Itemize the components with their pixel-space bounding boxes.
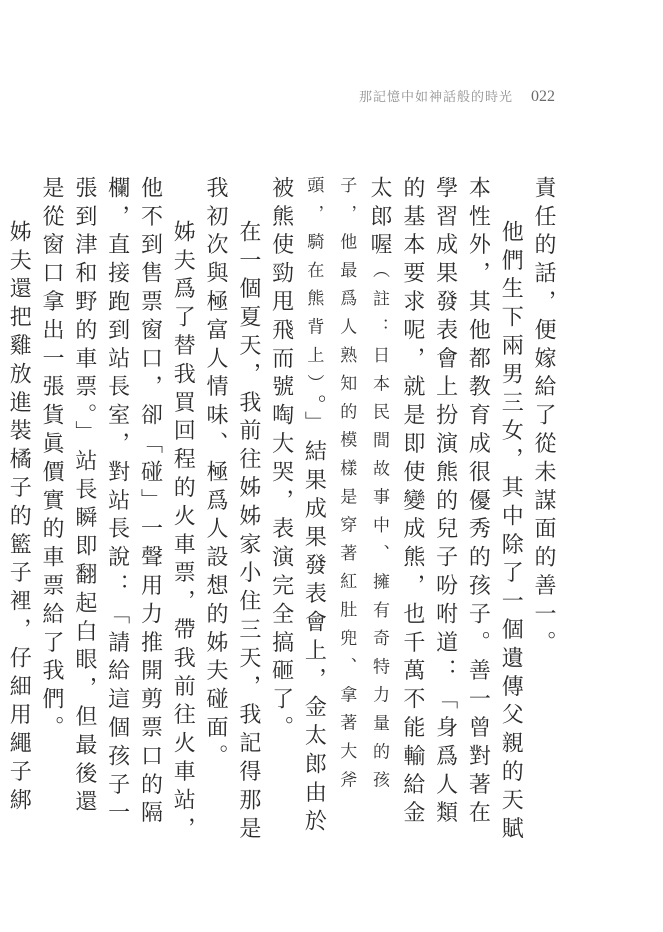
paragraph-text: 姊夫還把雞放進裝橘子的籃子裡，仔細用繩子綁牢，並對我說：「把這個當作土產帶回去吧… [0,176,31,829]
paragraph-5: 姊夫還把雞放進裝橘子的籃子裡，仔細用繩子綁牢，並對我說：「把這個當作土產帶回去吧… [0,176,34,846]
paragraph-2: 他們生下兩男三女，其中除了一個遺傳父親的天賦本性外，其他都教育成很優秀的孩子。善… [264,176,526,846]
chapter-title: 那記憶中如神話般的時光 [359,86,513,105]
paragraph-4: 姊夫爲了替我買回程的火車票，帶我前往火車站，他不到售票窗口，卻「碰」一聲用力推開… [34,176,198,846]
page-number: 022 [531,88,555,106]
vertical-text-body: 責任的話，便嫁給了從未謀面的善一。 他們生下兩男三女，其中除了一個遺傳父親的天賦… [0,176,559,846]
paragraph-3: 在一個夏天，我前往姊姊家小住三天，我記得那是我初次與極富人情味、極爲人設想的姊夫… [198,176,264,846]
paragraph-text: 他們生下兩男三女，其中除了一個遺傳父親的天賦本性外，其他都教育成很優秀的孩子。善… [367,176,523,845]
running-header: 那記憶中如神話般的時光 022 [359,86,555,106]
paragraph-text: 責任的話，便嫁給了從未謀面的善一。 [531,176,556,659]
paragraph-text: 在一個夏天，我前往姊姊家小住三天，我記得那是我初次與極富人情味、極爲人設想的姊夫… [203,176,261,845]
paragraph-1: 責任的話，便嫁給了從未謀面的善一。 [526,176,559,846]
paragraph-text: 姊夫爲了替我買回程的火車票，帶我前往火車站，他不到售票窗口，卻「碰」一聲用力推開… [39,176,195,845]
